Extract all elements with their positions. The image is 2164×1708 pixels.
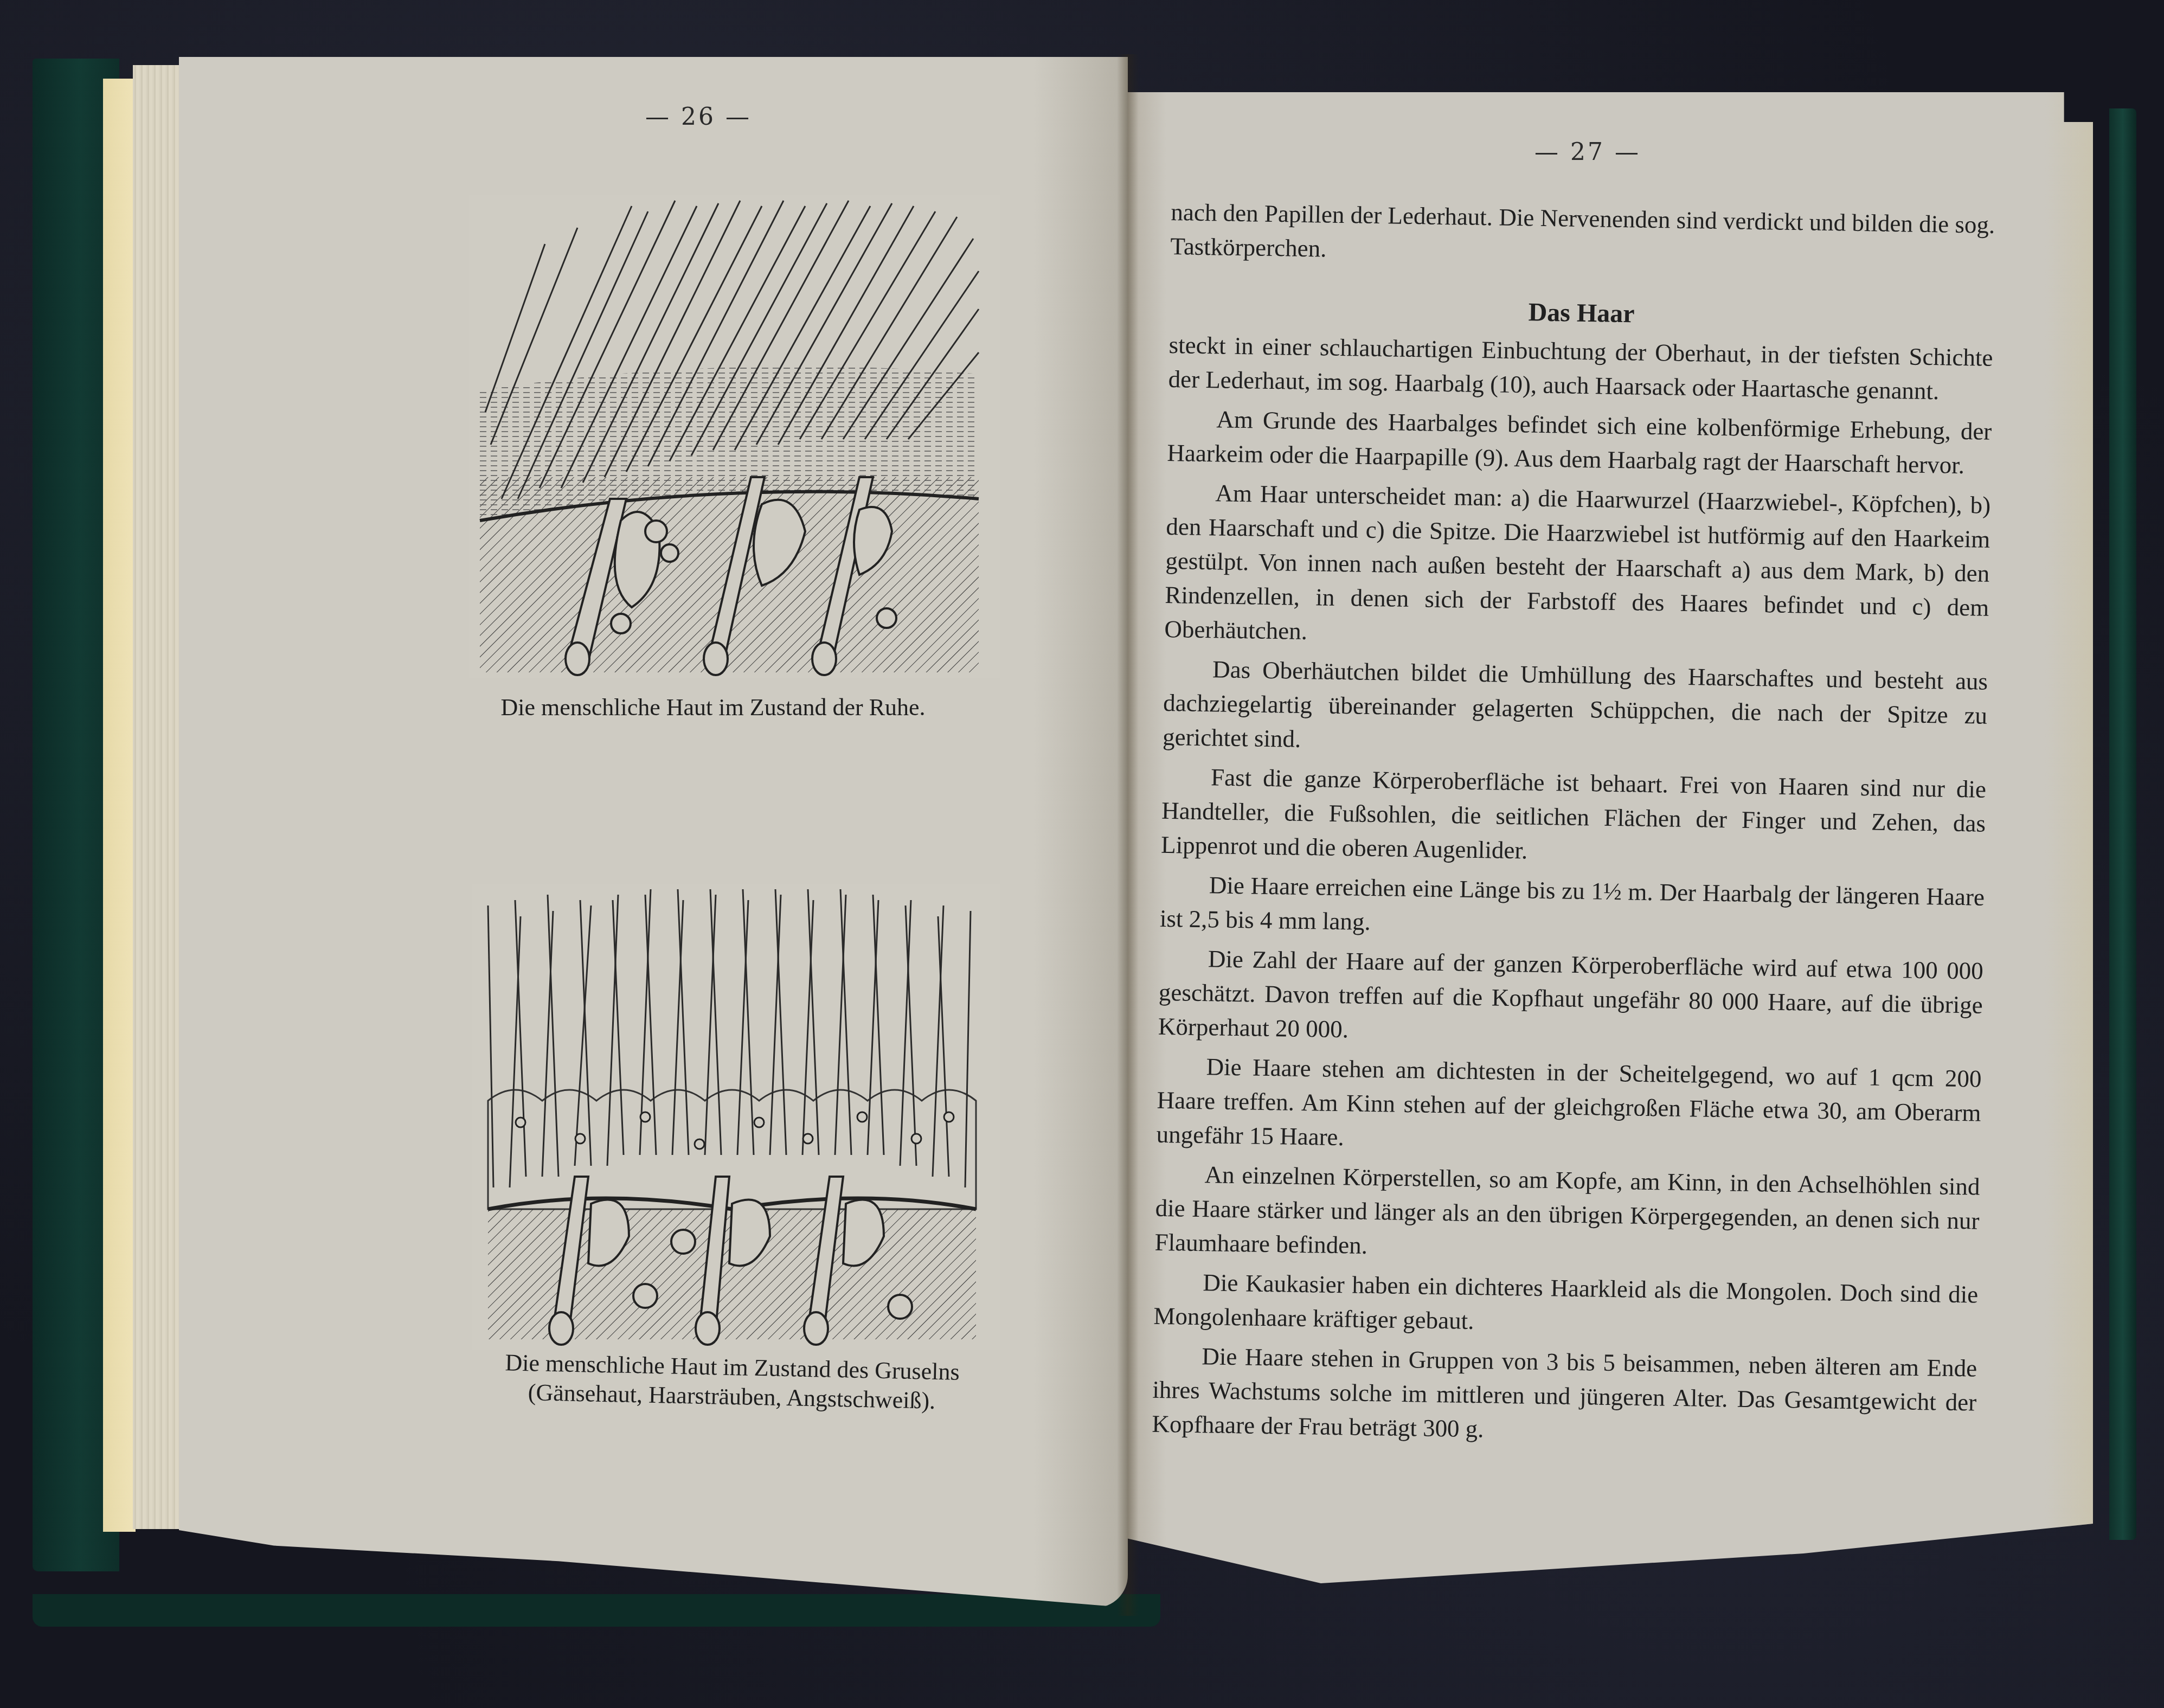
skin-cross-section-rest-illustration xyxy=(469,195,1000,678)
paragraph: Die Haare stehen in Gruppen von 3 bis 5 … xyxy=(1152,1339,1977,1454)
paragraph: steckt in einer schlauchartigen Einbucht… xyxy=(1168,328,1993,409)
paragraph: Die Zahl der Haare auf der ganzen Körper… xyxy=(1158,941,1983,1057)
paragraph: Am Grunde des Haarbalges befindet sich e… xyxy=(1167,402,1992,483)
figure-caption-goosebumps: Die menschliche Haut im Zustand des Grus… xyxy=(450,1347,1014,1417)
book-cover-bottom-edge xyxy=(33,1594,1160,1627)
paragraph: Am Haar unterscheidet man: a) die Haarwu… xyxy=(1164,476,1991,659)
paragraph: Das Oberhäutchen bildet die Umhüllung de… xyxy=(1163,652,1988,767)
paragraph: Fast die ganze Körperoberfläche ist beha… xyxy=(1161,760,1987,875)
paragraph: Die Kaukasier haben ein dichteres Haarkl… xyxy=(1153,1265,1979,1346)
paragraph: An einzelnen Körperstellen, so am Kopfe,… xyxy=(1154,1157,1980,1273)
intro-paragraph: nach den Papillen der Lederhaut. Die Ner… xyxy=(1170,195,1995,277)
book-gutter xyxy=(1117,54,1139,1616)
paragraph: Die Haare erreichen eine Länge bis zu 1½… xyxy=(1160,868,1985,949)
endpaper-edge xyxy=(103,79,136,1532)
illustration-icon xyxy=(469,195,1000,678)
skin-cross-section-goosebumps-illustration xyxy=(472,884,1000,1350)
paragraph: Die Haare stehen am dichtesten in der Sc… xyxy=(1156,1049,1982,1165)
figure-caption-rest: Die menschliche Haut im Zustand der Ruhe… xyxy=(455,693,971,722)
book-cover-right-edge xyxy=(2109,108,2136,1540)
page-number-left: — 26 — xyxy=(645,103,752,131)
illustration-icon xyxy=(472,884,1000,1350)
right-page-text: nach den Papillen der Lederhaut. Die Ner… xyxy=(1152,195,1995,1460)
page-number-right: — 27 — xyxy=(1534,138,1641,166)
